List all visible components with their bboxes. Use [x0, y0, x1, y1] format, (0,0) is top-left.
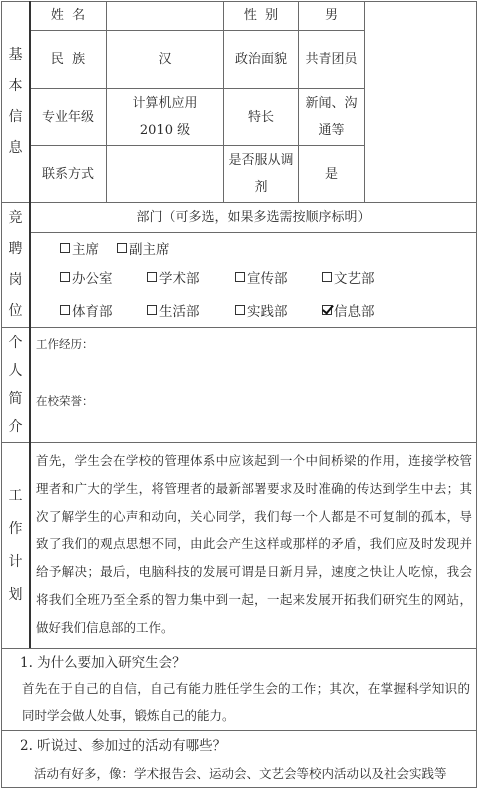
gender-value[interactable]: 男 [299, 1, 364, 30]
checkbox-empty-icon [60, 305, 70, 315]
work-experience-label: 工作经历： [36, 336, 94, 352]
checkbox-empty-icon [147, 305, 157, 315]
specialty-label: 特长 [224, 89, 298, 145]
gender-label: 性 别 [224, 1, 298, 30]
answer-1: 首先在于自己的自信，自己有能力胜任学生会的工作；其次，在掌握科学知识的同时学会做… [22, 675, 470, 729]
section-label-basic-info: 基 本 信 息 [2, 2, 29, 202]
checkbox-empty-icon [235, 272, 245, 282]
specialty-value[interactable]: 新闻、沟通等 [301, 89, 362, 145]
major-grade-label: 专业年级 [30, 89, 106, 145]
section-label-position: 竞 聘 岗 位 [2, 203, 29, 327]
checkbox-information[interactable]: 信息部 [322, 300, 375, 320]
checkbox-empty-icon [60, 272, 70, 282]
checkbox-vice-chairman[interactable]: 副主席 [117, 238, 170, 258]
checkbox-empty-icon [60, 243, 70, 253]
name-value[interactable] [107, 1, 223, 30]
major-grade-value[interactable]: 计算机应用 2010 级 [107, 89, 223, 145]
name-label: 姓 名 [30, 1, 106, 30]
checkbox-academic[interactable]: 学术部 [147, 267, 200, 287]
checkbox-chairman[interactable]: 主席 [60, 238, 99, 258]
checkbox-practice[interactable]: 实践部 [235, 300, 288, 320]
answer-2: 活动有好多，像：学术报告会、运动会、文艺会等校内活动以及社会实践等 [34, 764, 447, 782]
contact-value[interactable] [107, 146, 223, 202]
checkbox-checked-icon [322, 305, 332, 315]
ethnicity-value[interactable]: 汉 [107, 31, 223, 88]
political-status-label: 政治面貌 [224, 31, 298, 88]
honors-label: 在校荣誉： [36, 393, 94, 409]
political-status-value[interactable]: 共青团员 [301, 31, 362, 88]
accept-transfer-label: 是否服从调剂 [226, 146, 296, 202]
accept-transfer-value[interactable]: 是 [299, 146, 364, 202]
question-1: 1. 为什么要加入研究生会？ [20, 651, 186, 671]
ethnicity-label: 民 族 [30, 31, 106, 88]
checkbox-empty-icon [117, 243, 127, 253]
checkbox-empty-icon [235, 305, 245, 315]
checkbox-empty-icon [147, 272, 157, 282]
checkbox-life[interactable]: 生活部 [147, 300, 200, 320]
checkbox-publicity[interactable]: 宣传部 [235, 267, 288, 287]
checkbox-sports[interactable]: 体育部 [60, 300, 113, 320]
checkbox-arts[interactable]: 文艺部 [322, 267, 375, 287]
photo-placeholder [366, 2, 476, 202]
department-header: 部门（可多选，如果多选需按顺序标明） [30, 203, 477, 232]
question-2: 2. 听说过、参加过的活动有哪些？ [20, 734, 226, 754]
section-label-profile: 个 人 简 介 [2, 328, 29, 442]
checkbox-empty-icon [322, 272, 332, 282]
section-label-work-plan: 工 作 计 划 [2, 443, 29, 648]
work-plan-text: 首先，学生会在学校的管理体系中应该起到一个中间桥梁的作用，连接学校管理者和广大的… [36, 447, 472, 642]
contact-label: 联系方式 [30, 146, 106, 202]
checkbox-office[interactable]: 办公室 [60, 267, 113, 287]
